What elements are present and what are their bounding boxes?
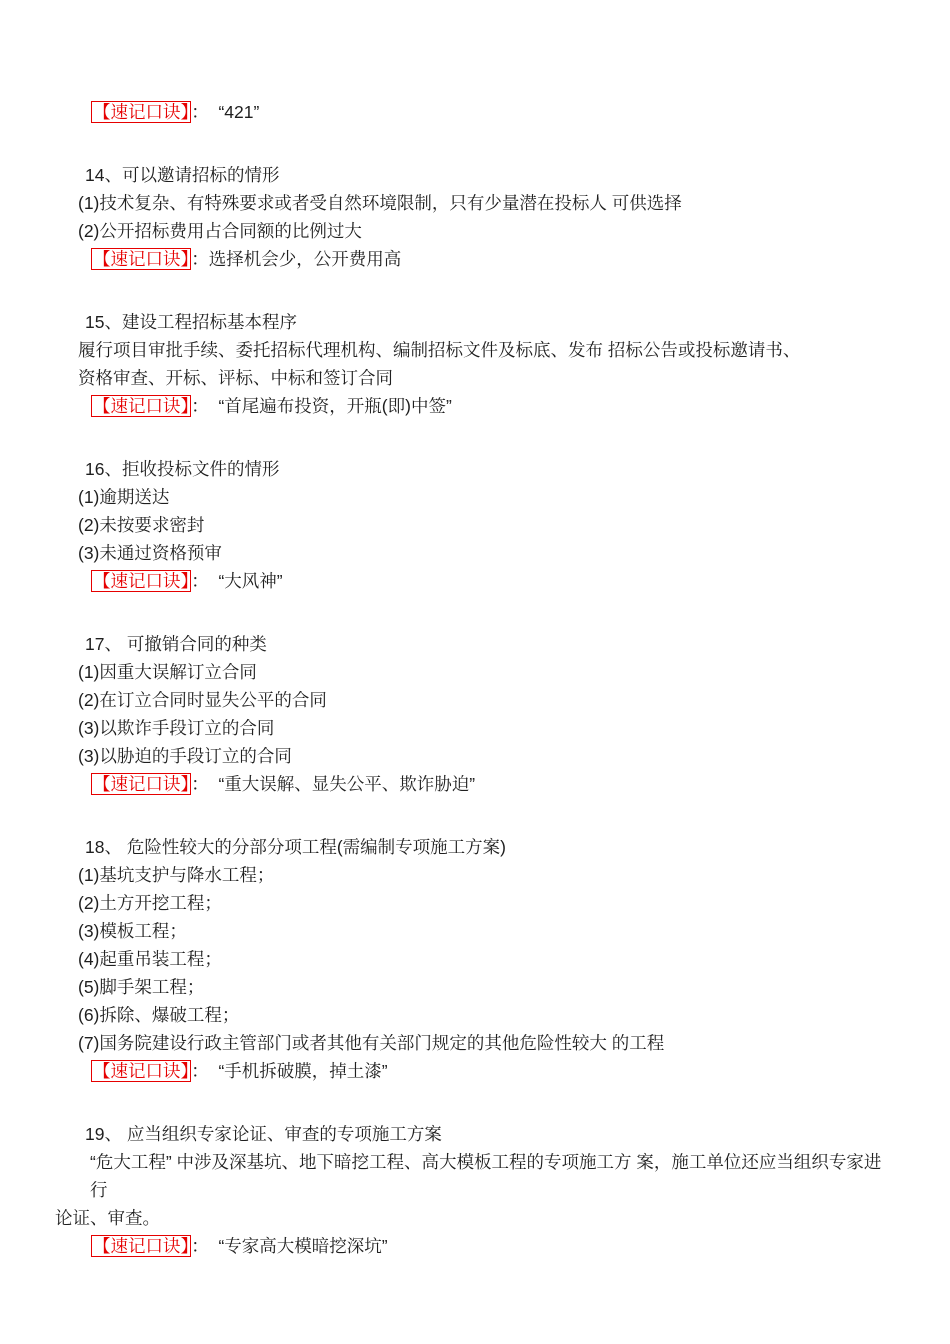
content-line: (2)在订立合同时显失公平的合同 (55, 686, 895, 714)
content-line: (1)因重大误解订立合同 (55, 658, 895, 686)
mnemonic-text: “大风神” (209, 571, 283, 591)
mnemonic-separator: ： (191, 249, 209, 269)
content-line: (4)起重吊装工程； (55, 945, 895, 973)
content-line: 资格审查、开标、评标、中标和签订合同 (55, 364, 895, 392)
section-heading: 16、拒收投标文件的情形 (55, 455, 895, 483)
mnemonic-label: 【速记口诀】 (91, 101, 191, 123)
content-line: (7)国务院建设行政主管部门或者其他有关部门规定的其他危险性较大 的工程 (55, 1029, 895, 1057)
mnemonic-label: 【速记口诀】 (91, 773, 191, 795)
content-line: “危大工程” 中涉及深基坑、地下暗挖工程、高大模板工程的专项施工方 案，施工单位… (55, 1148, 895, 1204)
content-line: (6)拆除、爆破工程； (55, 1001, 895, 1029)
mnemonic-separator: ： (191, 774, 209, 794)
mnemonic-label: 【速记口诀】 (91, 395, 191, 417)
mnemonic-label: 【速记口诀】 (91, 1060, 191, 1082)
document-page: 【速记口诀】： “421”14、可以邀请招标的情形(1)技术复杂、有特殊要求或者… (0, 0, 950, 1344)
mnemonic-line: 【速记口诀】： “重大误解、显失公平、欺诈胁迫” (55, 770, 895, 798)
mnemonic-text: “重大误解、显失公平、欺诈胁迫” (209, 774, 475, 794)
mnemonic-separator: ： (191, 102, 209, 122)
note-section: 14、可以邀请招标的情形(1)技术复杂、有特殊要求或者受自然环境限制，只有少量潜… (55, 161, 895, 273)
note-section: 17、 可撤销合同的种类(1)因重大误解订立合同(2)在订立合同时显失公平的合同… (55, 630, 895, 798)
mnemonic-line: 【速记口诀】： “大风神” (55, 567, 895, 595)
mnemonic-text: 选择机会少，公开费用高 (209, 249, 402, 269)
content-line: (1)逾期送达 (55, 483, 895, 511)
section-heading: 17、 可撤销合同的种类 (55, 630, 895, 658)
section-heading: 15、建设工程招标基本程序 (55, 308, 895, 336)
content-line: (3)模板工程； (55, 917, 895, 945)
mnemonic-separator: ： (191, 1236, 209, 1256)
note-section: 16、拒收投标文件的情形(1)逾期送达(2)未按要求密封(3)未通过资格预审【速… (55, 455, 895, 595)
mnemonic-line: 【速记口诀】：选择机会少，公开费用高 (55, 245, 895, 273)
mnemonic-separator: ： (191, 1061, 209, 1081)
mnemonic-line: 【速记口诀】： “421” (55, 98, 895, 126)
content-line: (3)未通过资格预审 (55, 539, 895, 567)
content-line: 论证、审查。 (55, 1204, 895, 1232)
mnemonic-text: “421” (209, 102, 260, 122)
note-section: 18、 危险性较大的分部分项工程(需编制专项施工方案)(1)基坑支护与降水工程；… (55, 833, 895, 1085)
mnemonic-text: “手机拆破膜，掉土漆” (209, 1061, 388, 1081)
note-section: 15、建设工程招标基本程序履行项目审批手续、委托招标代理机构、编制招标文件及标底… (55, 308, 895, 420)
note-section: 19、 应当组织专家论证、审查的专项施工方案“危大工程” 中涉及深基坑、地下暗挖… (55, 1120, 895, 1260)
section-heading: 19、 应当组织专家论证、审查的专项施工方案 (55, 1120, 895, 1148)
content-line: (2)未按要求密封 (55, 511, 895, 539)
section-heading: 14、可以邀请招标的情形 (55, 161, 895, 189)
mnemonic-text: “首尾遍布投资，开瓶(即)中签” (209, 396, 452, 416)
note-section: 【速记口诀】： “421” (55, 98, 895, 126)
content-line: (5)脚手架工程； (55, 973, 895, 1001)
content-line: (1)基坑支护与降水工程； (55, 861, 895, 889)
mnemonic-line: 【速记口诀】： “专家高大模暗挖深坑” (55, 1232, 895, 1260)
mnemonic-line: 【速记口诀】： “首尾遍布投资，开瓶(即)中签” (55, 392, 895, 420)
mnemonic-separator: ： (191, 571, 209, 591)
mnemonic-label: 【速记口诀】 (91, 248, 191, 270)
mnemonic-label: 【速记口诀】 (91, 1235, 191, 1257)
mnemonic-label: 【速记口诀】 (91, 570, 191, 592)
content-line: (2)土方开挖工程； (55, 889, 895, 917)
section-heading: 18、 危险性较大的分部分项工程(需编制专项施工方案) (55, 833, 895, 861)
mnemonic-line: 【速记口诀】： “手机拆破膜，掉土漆” (55, 1057, 895, 1085)
mnemonic-text: “专家高大模暗挖深坑” (209, 1236, 388, 1256)
content-line: (2)公开招标费用占合同额的比例过大 (55, 217, 895, 245)
content-line: 履行项目审批手续、委托招标代理机构、编制招标文件及标底、发布 招标公告或投标邀请… (55, 336, 895, 364)
mnemonic-separator: ： (191, 396, 209, 416)
content-line: (1)技术复杂、有特殊要求或者受自然环境限制，只有少量潜在投标人 可供选择 (55, 189, 895, 217)
content-line: (3)以欺诈手段订立的合同 (55, 714, 895, 742)
content-line: (3)以胁迫的手段订立的合同 (55, 742, 895, 770)
